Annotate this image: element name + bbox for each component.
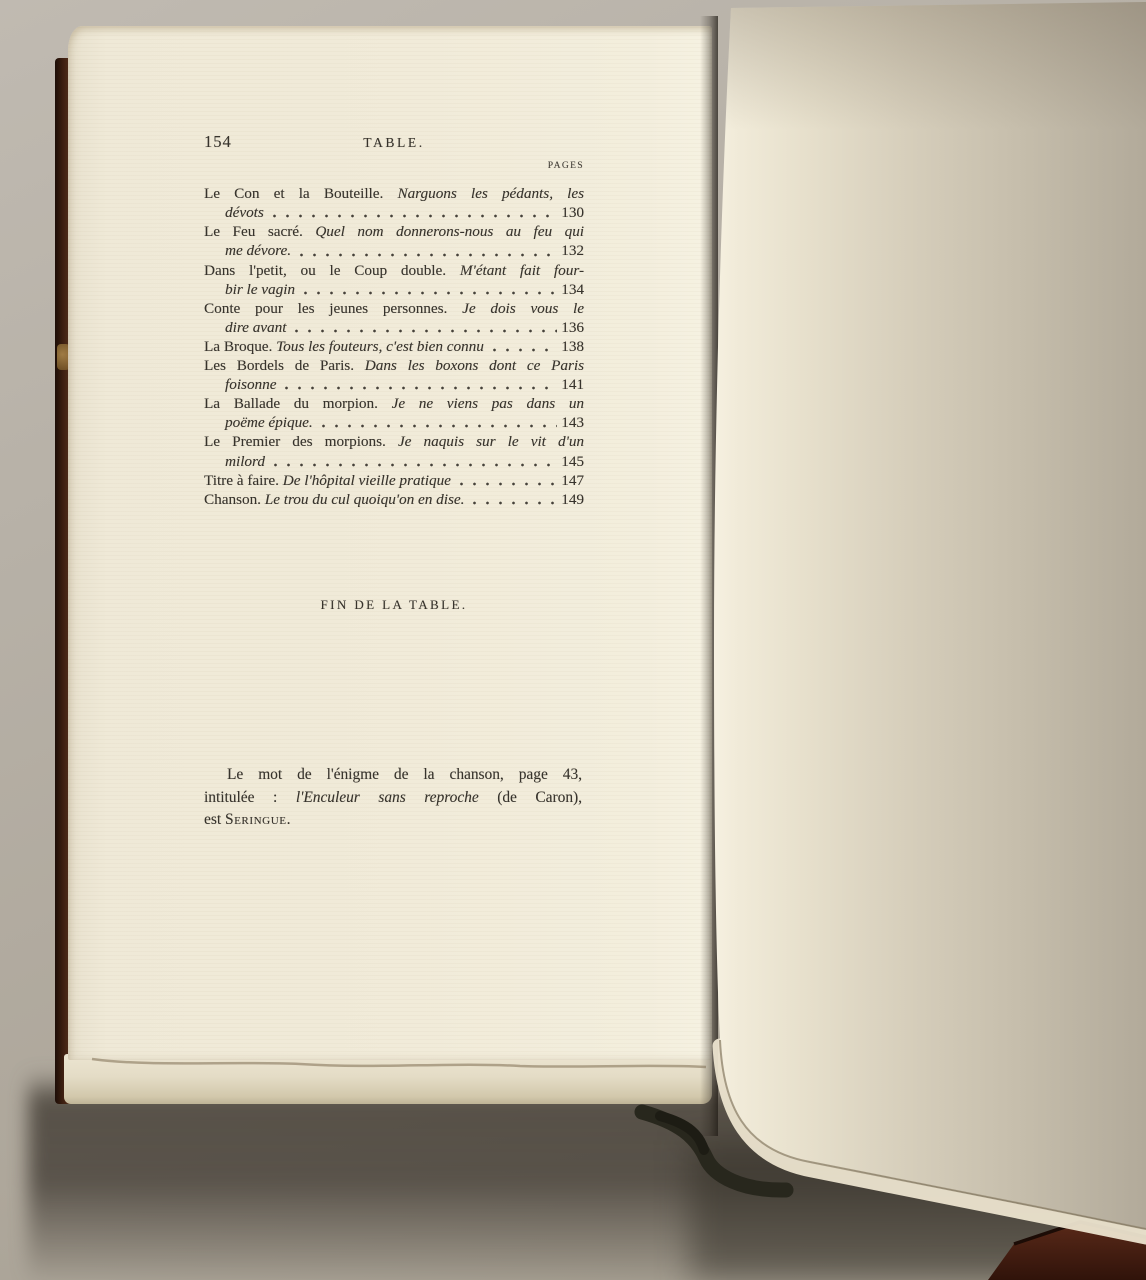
toc-entry-first-line: Les Bordels de Paris. Dans les boxons do…	[204, 356, 584, 375]
toc-entry-page-number: 138	[561, 337, 584, 356]
toc-entry: Titre à faire. De l'hôpital vieille prat…	[204, 471, 584, 490]
toc-entry-second-line: me dévore. 132	[204, 241, 584, 260]
dot-leader	[294, 328, 557, 333]
toc-entry-incipit-carry: foisonne	[225, 375, 276, 394]
toc-entry-incipit-carry: poëme épique.	[225, 413, 313, 432]
toc-entry-first-line: Titre à faire. De l'hôpital vieille prat…	[204, 471, 584, 490]
toc-entry-title: La Ballade du morpion.	[204, 395, 378, 412]
toc-entry-title: Conte pour les jeunes personnes.	[204, 300, 447, 317]
toc-entry: Dans l'petit, ou le Coup double. M'étant…	[204, 261, 584, 299]
toc-entry-title: Chanson.	[204, 491, 261, 508]
toc-entry-page-number: 136	[561, 318, 584, 337]
toc-entry-title: La Broque.	[204, 338, 272, 355]
toc-entry: Le Con et la Bouteille. Narguons les péd…	[204, 184, 584, 222]
toc-entry: Les Bordels de Paris. Dans les boxons do…	[204, 356, 584, 394]
toc-entry-incipit: De l'hôpital vieille pratique	[283, 472, 451, 489]
toc-entry-page-number: 143	[561, 413, 584, 432]
toc-entry: Le Premier des morpions. Je naquis sur l…	[204, 432, 584, 470]
toc-entry-page-number: 141	[561, 375, 584, 394]
dot-leader	[321, 424, 558, 429]
colophon-line: Le mot de l'énigme de la chanson, page 4…	[204, 764, 582, 787]
toc-entry-incipit-carry: milord	[225, 452, 265, 471]
toc-entry-title: Le Con et la Bouteille.	[204, 185, 383, 202]
toc-entry: Le Feu sacré. Quel nom donnerons-nous au…	[204, 222, 584, 260]
toc-entry-page-number: 134	[561, 280, 584, 299]
toc-entry-second-line: dire avant 136	[204, 318, 584, 337]
pages-column-label: PAGES	[204, 157, 584, 176]
toc-entry-first-line: Le Con et la Bouteille. Narguons les péd…	[204, 184, 584, 203]
colophon-line: intitulée : l'Enculeur sans reproche (de…	[204, 787, 582, 810]
toc-entry-first-line: Le Premier des morpions. Je naquis sur l…	[204, 432, 584, 451]
colophon-line: est Seringue.	[204, 809, 582, 832]
toc-entry-second-line: poëme épique. 143	[204, 413, 584, 432]
toc-entry-incipit-carry: me dévore.	[225, 241, 291, 260]
fin-de-la-table: FIN DE LA TABLE.	[204, 595, 584, 614]
toc-entry: La Broque. Tous les fouteurs, c'est bien…	[204, 337, 584, 356]
dot-leader	[272, 214, 557, 219]
toc-entry-title: Le Feu sacré.	[204, 223, 303, 240]
toc-entry-incipit-carry: bir le vagin	[225, 280, 295, 299]
toc-entry-page-number: 132	[561, 241, 584, 260]
toc-entry-second-line: dévots 130	[204, 203, 584, 222]
toc-entry-second-line: milord 145	[204, 452, 584, 471]
toc-entry-first-line: La Ballade du morpion. Je ne viens pas d…	[204, 394, 584, 413]
toc-entry-page-number: 149	[561, 490, 584, 509]
printed-content: 154 TABLE. PAGES Le Con et la Bouteille.…	[204, 132, 584, 832]
toc-entry-incipit: Dans les boxons dont ce Paris	[365, 357, 584, 374]
toc-entry-title: Le Premier des morpions.	[204, 433, 386, 450]
left-page: 154 TABLE. PAGES Le Con et la Bouteille.…	[68, 26, 712, 1060]
toc-entry-incipit-carry: dévots	[225, 203, 264, 222]
colophon: Le mot de l'énigme de la chanson, page 4…	[204, 764, 582, 832]
cast-shadow	[690, 1140, 1146, 1280]
toc-entry-incipit: Je ne viens pas dans un	[392, 395, 584, 412]
page-number: 154	[204, 132, 232, 151]
toc-entry-page-number: 147	[561, 471, 584, 490]
toc-entry-first-line: La Broque. Tous les fouteurs, c'est bien…	[204, 337, 584, 356]
toc-entry: La Ballade du morpion. Je ne viens pas d…	[204, 394, 584, 432]
table-of-contents: Le Con et la Bouteille. Narguons les péd…	[204, 184, 584, 509]
page-header: 154 TABLE.	[204, 132, 584, 152]
toc-entry-incipit: Je naquis sur le vit d'un	[398, 433, 584, 450]
dot-leader	[472, 500, 557, 505]
toc-entry-first-line: Le Feu sacré. Quel nom donnerons-nous au…	[204, 222, 584, 241]
dot-leader	[303, 290, 557, 295]
book-photo: 154 TABLE. PAGES Le Con et la Bouteille.…	[0, 0, 1146, 1280]
running-head: TABLE.	[363, 133, 424, 152]
toc-entry-second-line: foisonne 141	[204, 375, 584, 394]
dot-leader	[284, 386, 557, 391]
toc-entry-incipit: Narguons les pédants, les	[397, 185, 584, 202]
toc-entry-incipit: Je dois vous le	[462, 300, 584, 317]
dot-leader	[459, 481, 557, 486]
toc-entry: Chanson. Le trou du cul quoiqu'on en dis…	[204, 490, 584, 509]
toc-entry-page-number: 130	[561, 203, 584, 222]
toc-entry-title: Dans l'petit, ou le Coup double.	[204, 262, 446, 279]
dot-leader	[492, 348, 557, 353]
page-stack-edge	[64, 1054, 712, 1104]
dot-leader	[273, 462, 557, 467]
toc-entry-incipit: M'étant fait four-	[460, 262, 584, 279]
toc-entry-first-line: Conte pour les jeunes personnes. Je dois…	[204, 299, 584, 318]
toc-entry-incipit: Le trou du cul quoiqu'on en dise.	[265, 491, 465, 508]
toc-entry-title: Titre à faire.	[204, 472, 279, 489]
toc-entry-incipit: Quel nom donnerons-nous au feu qui	[315, 223, 584, 240]
toc-entry-second-line: bir le vagin 134	[204, 280, 584, 299]
toc-entry-first-line: Chanson. Le trou du cul quoiqu'on en dis…	[204, 490, 584, 509]
dot-leader	[299, 252, 557, 257]
toc-entry-incipit: Tous les fouteurs, c'est bien connu	[276, 338, 484, 355]
toc-entry-incipit-carry: dire avant	[225, 318, 286, 337]
toc-entry-page-number: 145	[561, 452, 584, 471]
toc-entry: Conte pour les jeunes personnes. Je dois…	[204, 299, 584, 337]
toc-entry-title: Les Bordels de Paris.	[204, 357, 354, 374]
toc-entry-first-line: Dans l'petit, ou le Coup double. M'étant…	[204, 261, 584, 280]
